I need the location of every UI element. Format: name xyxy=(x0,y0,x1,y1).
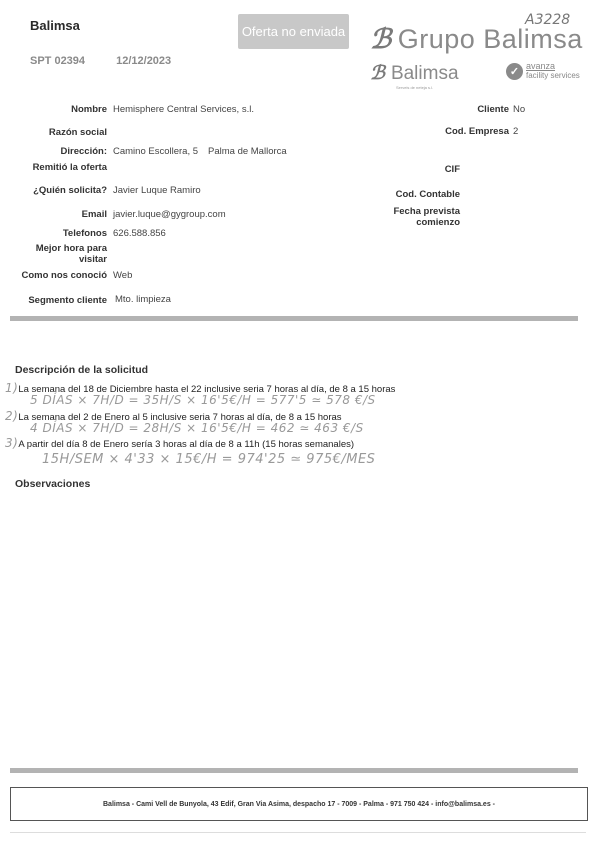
value-direccion: Camino Escollera, 5 xyxy=(113,146,198,157)
label-direccion: Dirección: xyxy=(61,146,107,157)
document-date: 12/12/2023 xyxy=(116,55,171,67)
label-cod-empresa: Cod. Empresa xyxy=(445,126,509,137)
label-segmento-cliente: Segmento cliente xyxy=(28,295,107,306)
status-badge: Oferta no enviada xyxy=(238,14,349,49)
value-como-nos-conocio: Web xyxy=(113,270,132,281)
handwritten-calc-1: 5 DÍAS × 7H/D = 35H/S × 16'5€/H = 577'5 … xyxy=(30,393,376,407)
value-cod-empresa: 2 xyxy=(513,126,518,137)
divider-top xyxy=(10,316,578,321)
label-email: Email xyxy=(82,209,107,220)
label-cif: CIF xyxy=(445,164,460,175)
balimsa-mark-icon: ℬ xyxy=(370,24,392,54)
description-item-3: 3)A partir del día 8 de Enero sería 3 ho… xyxy=(5,436,354,450)
value-nombre: Hemisphere Central Services, s.l. xyxy=(113,104,254,115)
value-email: javier.luque@gygroup.com xyxy=(113,209,226,220)
balimsa-logo: ℬBalimsa Serveis de neteja s.l. xyxy=(370,62,459,90)
label-mejor-hora: Mejor hora para visitar xyxy=(27,243,107,265)
check-circle-icon: ✓ xyxy=(506,63,523,80)
divider-bottom xyxy=(10,768,578,773)
value-quien-solicita: Javier Luque Ramiro xyxy=(113,185,201,196)
label-nombre: Nombre xyxy=(71,104,107,115)
label-cliente: Cliente xyxy=(477,104,509,115)
label-quien-solicita: ¿Quién solicita? xyxy=(33,185,107,196)
label-remitio-oferta: Remitió la oferta xyxy=(33,162,107,173)
handwritten-calc-2: 4 DÍAS × 7H/D = 28H/S × 16'5€/H = 462 ≃ … xyxy=(30,421,364,435)
reference-line: SPT 02394 12/12/2023 xyxy=(30,55,199,67)
value-segmento-cliente: Mto. limpieza xyxy=(115,294,171,305)
handwritten-calc-3: 15H/SEM × 4'33 × 15€/H = 974'25 ≃ 975€/M… xyxy=(42,452,375,467)
label-como-nos-conocio: Como nos conoció xyxy=(22,270,108,281)
footer-rule xyxy=(10,832,586,833)
label-cod-contable: Cod. Contable xyxy=(396,189,460,200)
value-telefonos: 626.588.856 xyxy=(113,228,166,239)
avanza-logo: ✓ avanzafacility services xyxy=(506,62,580,80)
label-razon-social: Razón social xyxy=(49,127,107,138)
balimsa-mark-icon: ℬ xyxy=(370,63,385,84)
value-ciudad: Palma de Mallorca xyxy=(208,146,287,157)
grupo-balimsa-logo: ℬGrupo Balimsa xyxy=(370,24,583,55)
label-telefonos: Telefonos xyxy=(63,228,107,239)
reference-number: SPT 02394 xyxy=(30,55,85,67)
description-title: Descripción de la solicitud xyxy=(15,364,148,376)
label-fecha-prevista: Fecha prevista comienzo xyxy=(390,206,460,228)
observations-title: Observaciones xyxy=(15,478,90,490)
value-cliente: No xyxy=(513,104,525,115)
footer-address: Balimsa - Cami Vell de Bunyola, 43 Edif,… xyxy=(10,787,588,821)
company-name: Balimsa xyxy=(30,18,80,33)
